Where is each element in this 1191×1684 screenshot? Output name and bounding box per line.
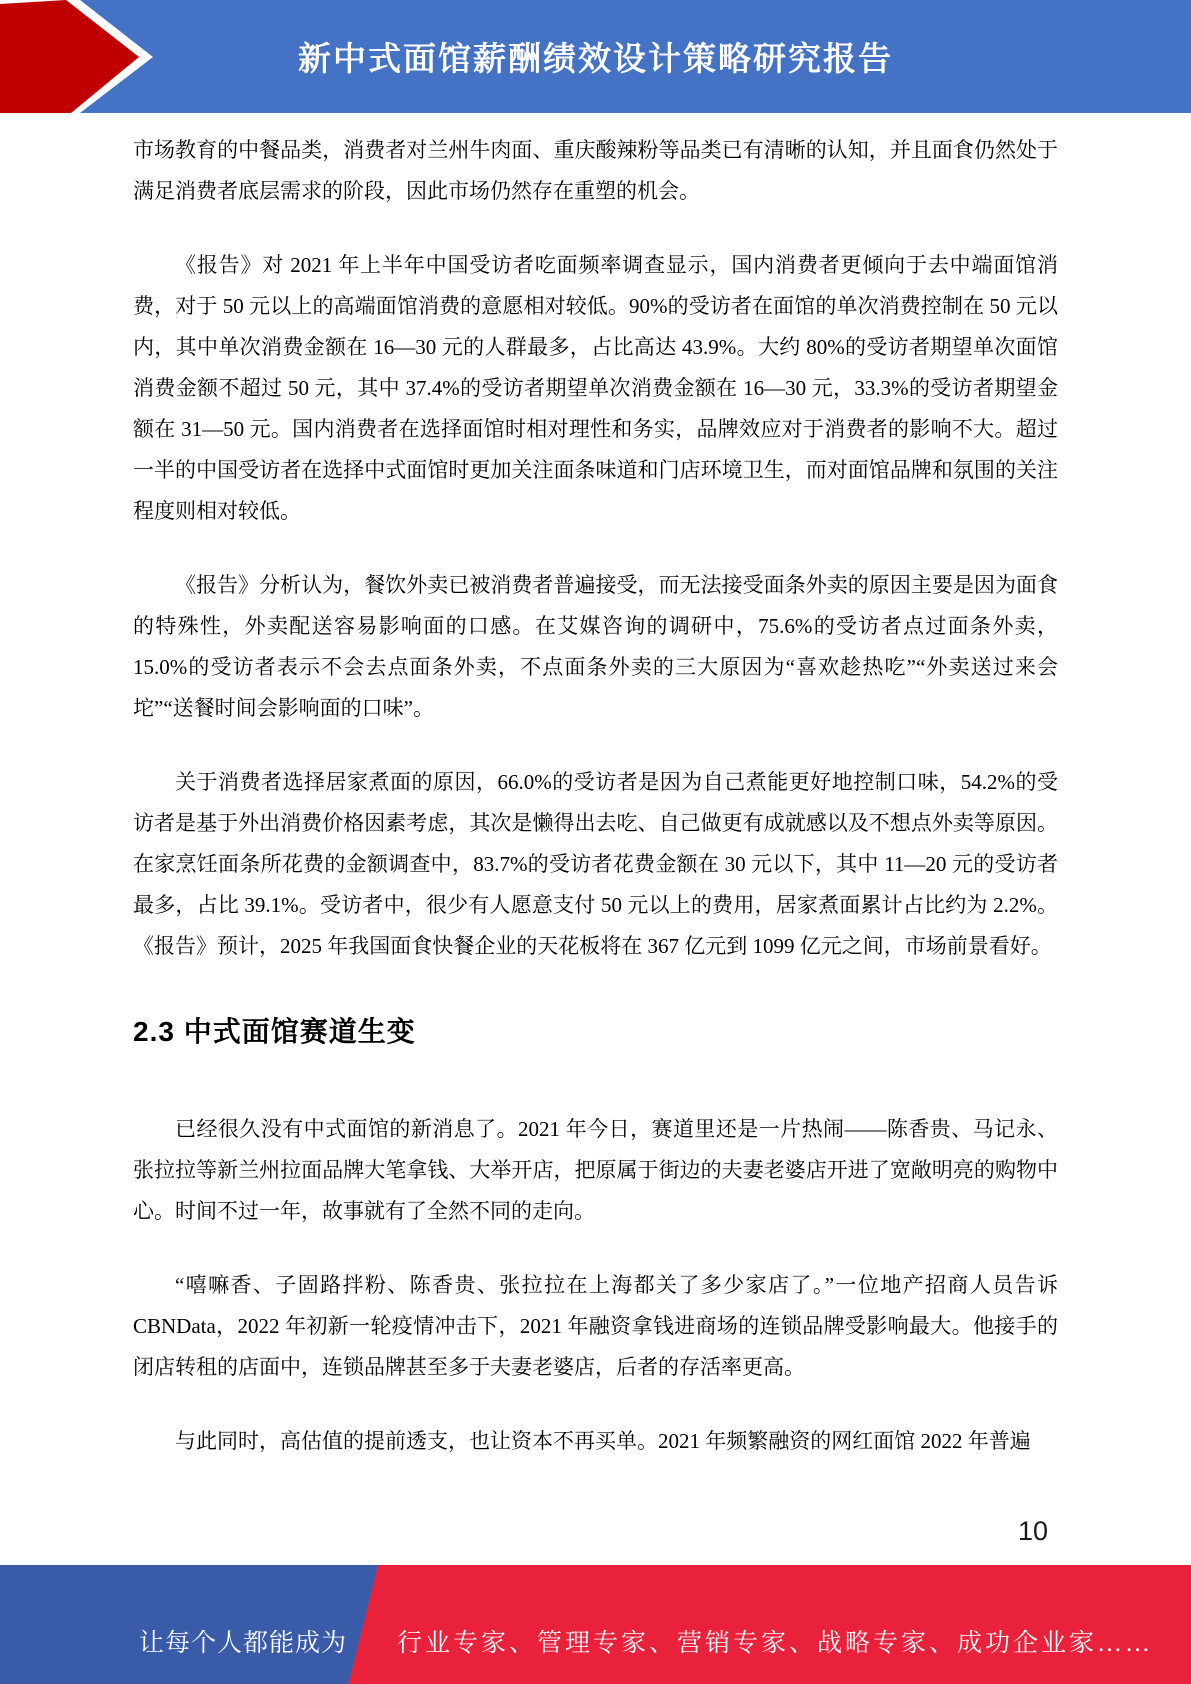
body-paragraph: 市场教育的中餐品类，消费者对兰州牛肉面、重庆酸辣粉等品类已有清晰的认知，并且面食… — [133, 130, 1058, 212]
footer-slogan-right: 行业专家、管理专家、营销专家、战略专家、成功企业家…… — [397, 1623, 1153, 1659]
footer-slogan-left: 让每个人都能成为 — [0, 1623, 347, 1659]
section-heading: 2.3 中式面馆赛道生变 — [133, 1013, 1058, 1051]
body-paragraph: 已经很久没有中式面馆的新消息了。2021 年今日，赛道里还是一片热闹——陈香贵、… — [133, 1109, 1058, 1232]
body-paragraph: 关于消费者选择居家煮面的原因，66.0%的受访者是因为自己煮能更好地控制口味，5… — [133, 762, 1058, 967]
page-title: 新中式面馆薪酬绩效设计策略研究报告 — [0, 0, 1191, 113]
footer-banner: 让每个人都能成为 行业专家、管理专家、营销专家、战略专家、成功企业家…… — [0, 1565, 1191, 1684]
body-paragraph: 《报告》对 2021 年上半年中国受访者吃面频率调查显示，国内消费者更倾向于去中… — [133, 245, 1058, 532]
body-paragraph: 《报告》分析认为，餐饮外卖已被消费者普遍接受，而无法接受面条外卖的原因主要是因为… — [133, 565, 1058, 729]
body-paragraph: “嘻嘛香、子固路拌粉、陈香贵、张拉拉在上海都关了多少家店了。”一位地产招商人员告… — [133, 1265, 1058, 1388]
document-body: 市场教育的中餐品类，消费者对兰州牛肉面、重庆酸辣粉等品类已有清晰的认知，并且面食… — [133, 130, 1058, 1495]
header-banner: 新中式面馆薪酬绩效设计策略研究报告 — [0, 0, 1191, 113]
page-number: 10 — [1018, 1516, 1048, 1547]
body-paragraph: 与此同时，高估值的提前透支，也让资本不再买单。2021 年频繁融资的网红面馆 2… — [133, 1421, 1058, 1462]
